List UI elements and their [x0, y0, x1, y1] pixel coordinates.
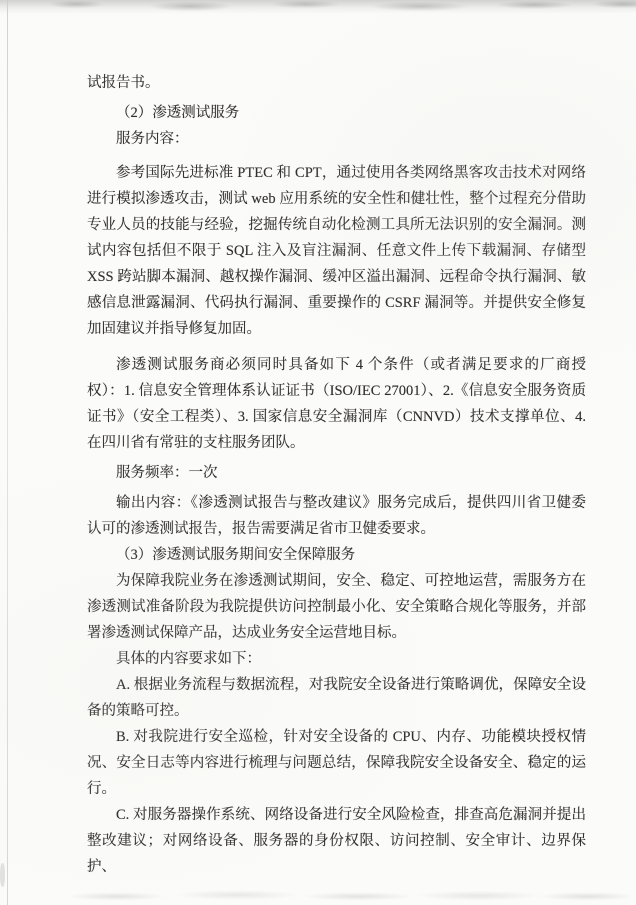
- para-service-description: 参考国际先进标准 PTEC 和 CPT，通过使用各类网络黑客攻击技术对网络进行模…: [87, 160, 586, 342]
- para-item-c: C. 对服务器操作系统、网络设备进行安全风险检查，排查高危漏洞并提出整改建议；对…: [87, 802, 586, 880]
- para-assurance-description: 为保障我院业务在渗透测试期间，安全、稳定、可控地运营，需服务方在渗透测试准备阶段…: [87, 568, 586, 646]
- scan-artifact-left-edge-line: [7, 0, 8, 905]
- para-vendor-requirements: 渗透测试服务商必须同时具备如下 4 个条件（或者满足要求的厂商授权）：1. 信息…: [87, 352, 586, 456]
- scanned-document-page: 试报告书。 （2）渗透测试服务 服务内容： 参考国际先进标准 PTEC 和 CP…: [0, 0, 636, 905]
- scan-artifact-top-band: [0, 0, 636, 14]
- para-item-a: A. 根据业务流程与数据流程，对我院安全设备进行策略调优，保障安全设备的策略可控…: [87, 672, 586, 724]
- heading-2-penetration-test-service: （2）渗透测试服务: [87, 100, 586, 126]
- document-body: 试报告书。 （2）渗透测试服务 服务内容： 参考国际先进标准 PTEC 和 CP…: [87, 70, 586, 880]
- continuation-line: 试报告书。: [87, 70, 586, 96]
- para-output-content: 输出内容：《渗透测试报告与整改建议》服务完成后，提供四川省卫健委认可的渗透测试报…: [87, 490, 586, 542]
- label-service-content: 服务内容：: [87, 126, 586, 152]
- heading-3-security-assurance: （3）渗透测试服务期间安全保障服务: [87, 542, 586, 568]
- scan-artifact-bottom-band: [26, 888, 630, 902]
- label-specific-requirements: 具体的内容要求如下：: [87, 646, 586, 672]
- scan-artifact-smudge: [0, 863, 5, 887]
- para-item-b: B. 对我院进行安全巡检，针对安全设备的 CPU、内存、功能模块授权情况、安全日…: [87, 724, 586, 802]
- label-service-frequency: 服务频率：一次: [87, 460, 586, 486]
